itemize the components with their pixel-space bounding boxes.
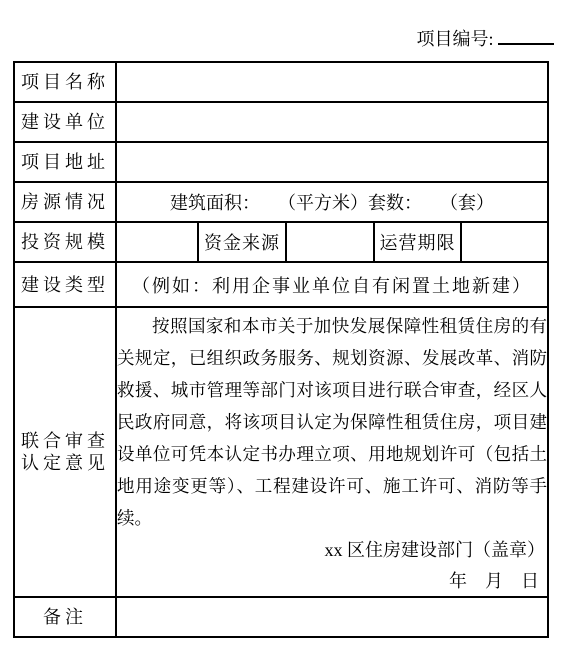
form-page: 项目编号: 项目名称 建设单位 项目地址 房源情况 建筑面积： （平方米）套数：… [0, 0, 567, 638]
construction-type-field[interactable]: （例如：利用企事业单位自有闲置土地新建） [116, 262, 548, 307]
row-project-address: 项目地址 [14, 142, 548, 182]
joint-review-label-line1: 联合审查 [15, 430, 115, 452]
housing-info-label: 房源情况 [14, 182, 116, 222]
joint-review-date-line: 年 月 日 [117, 566, 547, 596]
application-form-table: 项目名称 建设单位 项目地址 房源情况 建筑面积： （平方米）套数： （套） 投… [13, 61, 549, 638]
investment-label: 投资规模 [14, 222, 116, 262]
investment-field[interactable] [116, 222, 198, 262]
project-name-label: 项目名称 [14, 62, 116, 102]
funding-source-field[interactable] [286, 222, 374, 262]
row-remarks: 备注 [14, 597, 548, 637]
project-address-field[interactable] [116, 142, 548, 182]
construction-unit-label: 建设单位 [14, 102, 116, 142]
joint-review-opinion-text: 按照国家和本市关于加快发展保障性租赁住房的有关规定，已组织政务服务、规划资源、发… [117, 310, 547, 534]
row-construction-type: 建设类型 （例如：利用企事业单位自有闲置土地新建） [14, 262, 548, 307]
project-address-label: 项目地址 [14, 142, 116, 182]
row-investment: 投资规模 资金来源 运营期限 [14, 222, 548, 262]
row-construction-unit: 建设单位 [14, 102, 548, 142]
remarks-field[interactable] [116, 597, 548, 637]
operation-period-field[interactable] [461, 222, 548, 262]
project-name-field[interactable] [116, 62, 548, 102]
project-number-line: 项目编号: [0, 26, 567, 50]
construction-type-label: 建设类型 [14, 262, 116, 307]
housing-info-field[interactable]: 建筑面积： （平方米）套数： （套） [116, 182, 548, 222]
joint-review-label: 联合审查 认定意见 [14, 307, 116, 597]
row-housing-info: 房源情况 建筑面积： （平方米）套数： （套） [14, 182, 548, 222]
operation-period-label: 运营期限 [374, 222, 461, 262]
joint-review-signature-line: xx 区住房建设部门（盖章） [117, 534, 547, 566]
joint-review-label-line2: 认定意见 [15, 452, 115, 474]
row-joint-review: 联合审查 认定意见 按照国家和本市关于加快发展保障性租赁住房的有关规定，已组织政… [14, 307, 548, 597]
joint-review-field: 按照国家和本市关于加快发展保障性租赁住房的有关规定，已组织政务服务、规划资源、发… [116, 307, 548, 597]
funding-source-label: 资金来源 [198, 222, 286, 262]
project-number-blank[interactable] [498, 26, 554, 45]
construction-unit-field[interactable] [116, 102, 548, 142]
remarks-label: 备注 [14, 597, 116, 637]
project-number-label: 项目编号: [416, 29, 493, 49]
row-project-name: 项目名称 [14, 62, 548, 102]
